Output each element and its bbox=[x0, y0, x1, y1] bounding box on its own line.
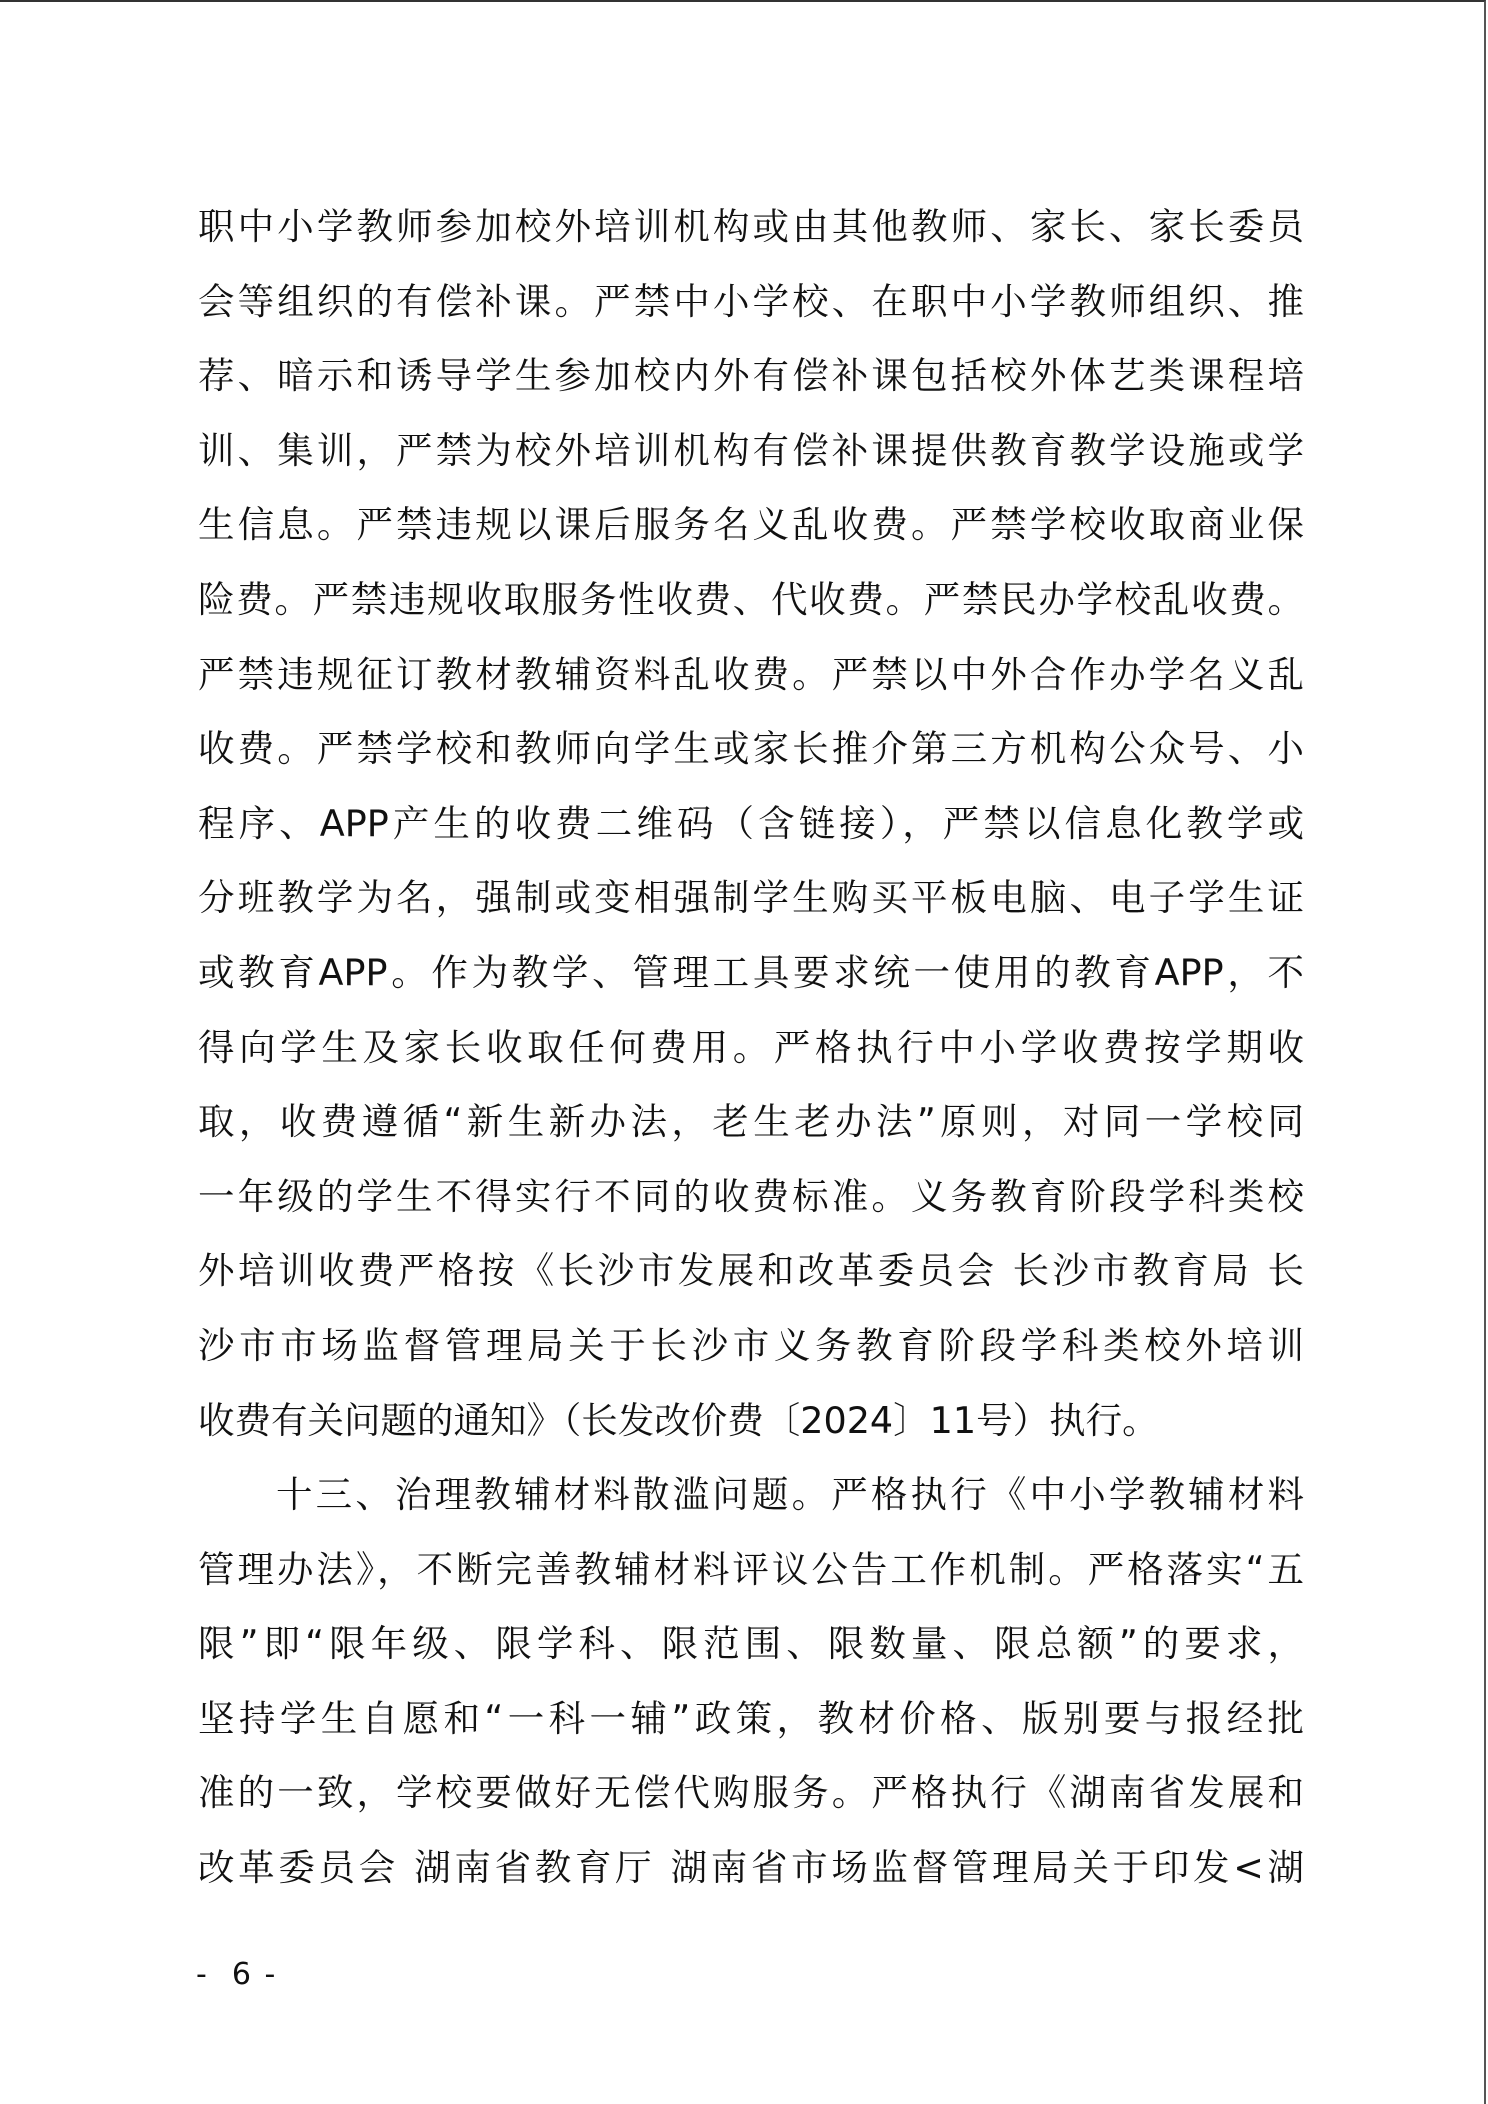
text-line: 坚持学生自愿和“一科一辅”政策，教材价格、版别要与报经批 bbox=[198, 1682, 1304, 1757]
text-line: 或教育APP。作为教学、管理工具要求统一使用的教育APP，不 bbox=[198, 936, 1304, 1011]
text-line: 外培训收费严格按《长沙市发展和改革委员会 长沙市教育局 长 bbox=[198, 1234, 1304, 1309]
page-number: - 6 - bbox=[196, 1957, 277, 1992]
text-line: 荐、暗示和诱导学生参加校内外有偿补课包括校外体艺类课程培 bbox=[198, 339, 1304, 414]
text-line: 生信息。严禁违规以课后服务名义乱收费。严禁学校收取商业保 bbox=[198, 488, 1304, 563]
text-line: 会等组织的有偿补课。严禁中小学校、在职中小学教师组织、推 bbox=[198, 265, 1304, 340]
text-line: 改革委员会 湖南省教育厅 湖南省市场监督管理局关于印发<湖 bbox=[198, 1831, 1304, 1906]
document-body: 职中小学教师参加校外培训机构或由其他教师、家长、家长委员 会等组织的有偿补课。严… bbox=[198, 190, 1304, 1906]
paragraph-continued: 职中小学教师参加校外培训机构或由其他教师、家长、家长委员 会等组织的有偿补课。严… bbox=[198, 190, 1304, 1458]
text-line: 严禁违规征订教材教辅资料乱收费。严禁以中外合作办学名义乱 bbox=[198, 638, 1304, 713]
text-line: 险费。严禁违规收取服务性收费、代收费。严禁民办学校乱收费。 bbox=[198, 563, 1304, 638]
text-line: 管理办法》，不断完善教辅材料评议公告工作机制。严格落实“五 bbox=[198, 1533, 1304, 1608]
text-line: 收费。严禁学校和教师向学生或家长推介第三方机构公众号、小 bbox=[198, 712, 1304, 787]
text-line: 训、集训，严禁为校外培训机构有偿补课提供教育教学设施或学 bbox=[198, 414, 1304, 489]
text-line: 分班教学为名，强制或变相强制学生购买平板电脑、电子学生证 bbox=[198, 861, 1304, 936]
text-line: 职中小学教师参加校外培训机构或由其他教师、家长、家长委员 bbox=[198, 190, 1304, 265]
text-line: 取，收费遵循“新生新办法，老生老办法”原则，对同一学校同 bbox=[198, 1085, 1304, 1160]
document-page: 职中小学教师参加校外培训机构或由其他教师、家长、家长委员 会等组织的有偿补课。严… bbox=[0, 0, 1486, 2104]
text-line: 一年级的学生不得实行不同的收费标准。义务教育阶段学科类校 bbox=[198, 1160, 1304, 1235]
text-line: 程序、APP产生的收费二维码（含链接），严禁以信息化教学或 bbox=[198, 787, 1304, 862]
text-line: 限”即“限年级、限学科、限范围、限数量、限总额”的要求， bbox=[198, 1607, 1304, 1682]
paragraph-section-13: 十三、治理教辅材料散滥问题。严格执行《中小学教辅材料 管理办法》，不断完善教辅材… bbox=[198, 1458, 1304, 1906]
section-heading-line: 十三、治理教辅材料散滥问题。严格执行《中小学教辅材料 bbox=[198, 1458, 1304, 1533]
text-line: 收费有关问题的通知》（长发改价费〔2024〕11号）执行。 bbox=[198, 1384, 1304, 1459]
text-line: 沙市市场监督管理局关于长沙市义务教育阶段学科类校外培训 bbox=[198, 1309, 1304, 1384]
text-line: 得向学生及家长收取任何费用。严格执行中小学收费按学期收 bbox=[198, 1011, 1304, 1086]
text-line: 准的一致，学校要做好无偿代购服务。严格执行《湖南省发展和 bbox=[198, 1756, 1304, 1831]
